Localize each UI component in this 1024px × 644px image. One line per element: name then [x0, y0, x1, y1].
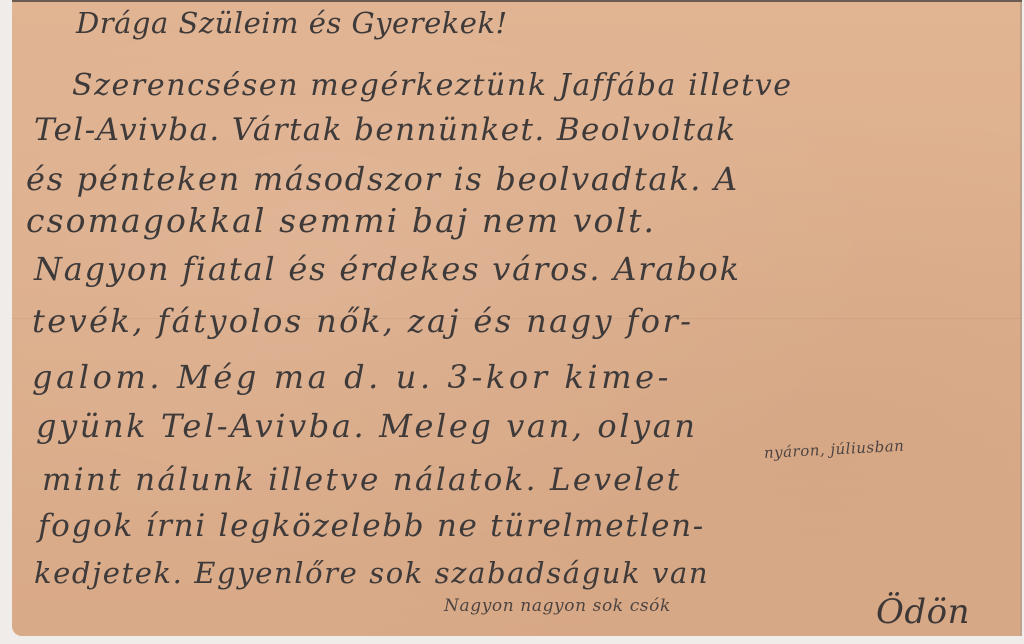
letter-line-3: és pénteken másodszor is beolvadtak. A — [26, 160, 739, 198]
salutation: Drága Szüleim és Gyerekek! — [76, 6, 508, 40]
letter-line-4: csomagokkal semmi baj nem volt. — [26, 201, 656, 240]
signature: Ödön — [876, 592, 970, 632]
letter-line-8: gyünk Tel-Avivba. Meleg van, olyan — [36, 407, 698, 445]
letter-line-9: mint nálunk illetve nálatok. Levelet — [42, 462, 682, 498]
letter-line-10: fogok írni legközelebb ne türelmetlen- — [38, 508, 705, 544]
letter-line-5: Nagyon fiatal és érdekes város. Arabok — [34, 250, 741, 288]
letter-line-2: Tel-Avivba. Vártak bennünket. Beolvoltak — [34, 112, 736, 148]
interlinear-note: nyáron, júliusban — [764, 437, 905, 462]
letter-line-11: kedjetek. Egyenlőre sok szabadságuk van — [34, 556, 709, 590]
letter-line-7: galom. Még ma d. u. 3-kor kime- — [32, 358, 672, 396]
postcard: Drága Szüleim és Gyerekek! Szerencsésen … — [12, 0, 1022, 636]
letter-line-1: Szerencsésen megérkeztünk Jaffába illetv… — [72, 68, 793, 103]
closing-line: Nagyon nagyon sok csók — [444, 596, 671, 616]
letter-line-6: tevék, fátyolos nők, zaj és nagy for- — [32, 302, 693, 340]
